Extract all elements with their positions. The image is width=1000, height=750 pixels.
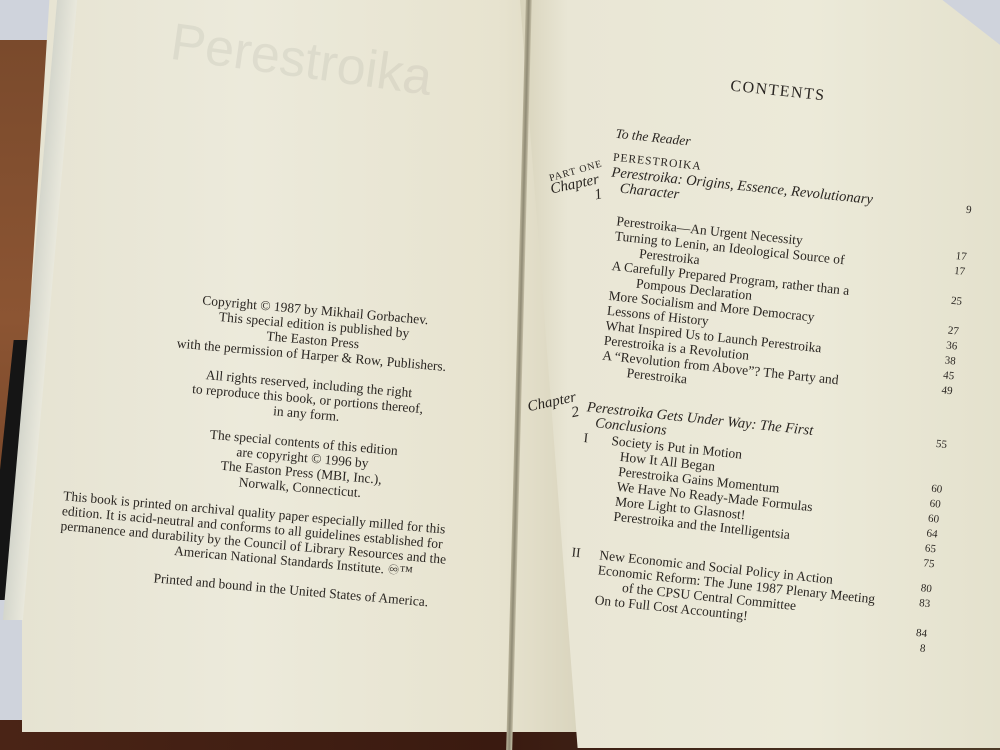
table-of-contents: CONTENTS To the Reader PERESTROIKA PART …	[497, 60, 983, 657]
copyright-page-text: Copyright © 1987 by Mikhail Gorbachev. T…	[55, 282, 550, 632]
